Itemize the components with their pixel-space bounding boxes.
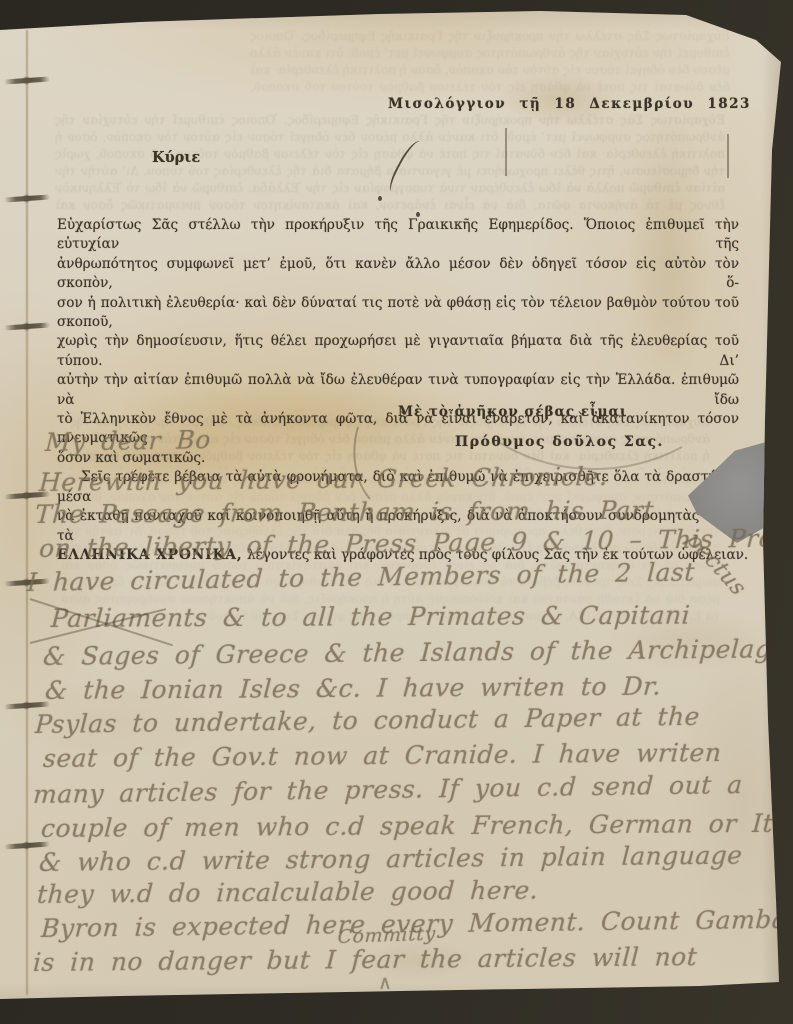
manuscript-line: & who c.d write strong articles in plain… [38, 841, 743, 877]
printed-line: χωρὶς τὴν δημοσίευσιν, ἥτις θέλει προχωρ… [57, 332, 739, 371]
paper-sheet: Εὐχαρίστως Σᾶς στέλλω τὴν προκήρυξιν τῆς… [0, 0, 793, 1024]
printed-line: ἀνθρωπότητος συμφωνεῖ μετ’ ἐμοῦ, ὅτι καν… [57, 255, 739, 294]
manuscript-line: Herewith you have our Greek Chronicle. [38, 462, 608, 497]
manuscript-line: seat of the Gov.t now at Cranide. I have… [42, 738, 722, 773]
paper-scratch [505, 128, 507, 176]
binding-fold-crease [26, 30, 28, 995]
manuscript-line: many articles for the press. If you c.d … [32, 770, 743, 809]
manuscript-line: couple of men who c.d speak French, Germ… [40, 808, 793, 843]
manuscript-line: Parliaments & to all the Primates & Capi… [50, 601, 691, 633]
manuscript-salutation: My dear Bo [44, 425, 211, 457]
printed-closing: Μὲ τὸ ἀνῆκον σέβας εἶμαι [398, 404, 627, 420]
ink-dot [378, 196, 382, 201]
manuscript-line: The Passage from Bentham is from his Par… [34, 496, 655, 529]
ink-smudge [385, 137, 428, 197]
printed-signature: Πρόθυμος δοῦλος Σας. [455, 434, 664, 450]
manuscript-line: they w.d do incalculable good here. [36, 876, 539, 909]
binding-stitch [4, 194, 50, 202]
manuscript-line: & the Ionian Isles &c. I have writen to … [44, 672, 662, 705]
salutation: Κύριε [152, 149, 200, 166]
printed-line: σον ἡ πολιτικὴ ἐλευθερία· καὶ δὲν δύνατα… [57, 294, 739, 333]
dateline: Μισολόγγιον τῇ 18 Δεκεμβρίου 1823 [388, 96, 751, 112]
manuscript-line: Psylas to undertake, to conduct a Paper … [34, 702, 700, 739]
scanned-letter-page: Εὐχαρίστως Σᾶς στέλλω τὴν προκήρυξιν τῆς… [0, 0, 793, 1024]
bleed-through-text: Εὐχαρίστως Σᾶς στέλλω τὴν προκήρυξιν τῆς… [250, 28, 730, 94]
manuscript-line: is in no danger but I fear the articles … [32, 942, 698, 977]
binding-stitch [4, 322, 50, 330]
binding-stitch [4, 76, 50, 84]
paper-scratch [727, 134, 729, 178]
manuscript-insertion: Committy [337, 923, 436, 948]
printed-line: Εὐχαρίστως Σᾶς στέλλω τὴν προκήρυξιν τῆς… [57, 216, 739, 255]
insertion-caret: ∧ [378, 972, 392, 994]
ink-dot [416, 212, 420, 217]
binding-stitch [4, 701, 50, 709]
